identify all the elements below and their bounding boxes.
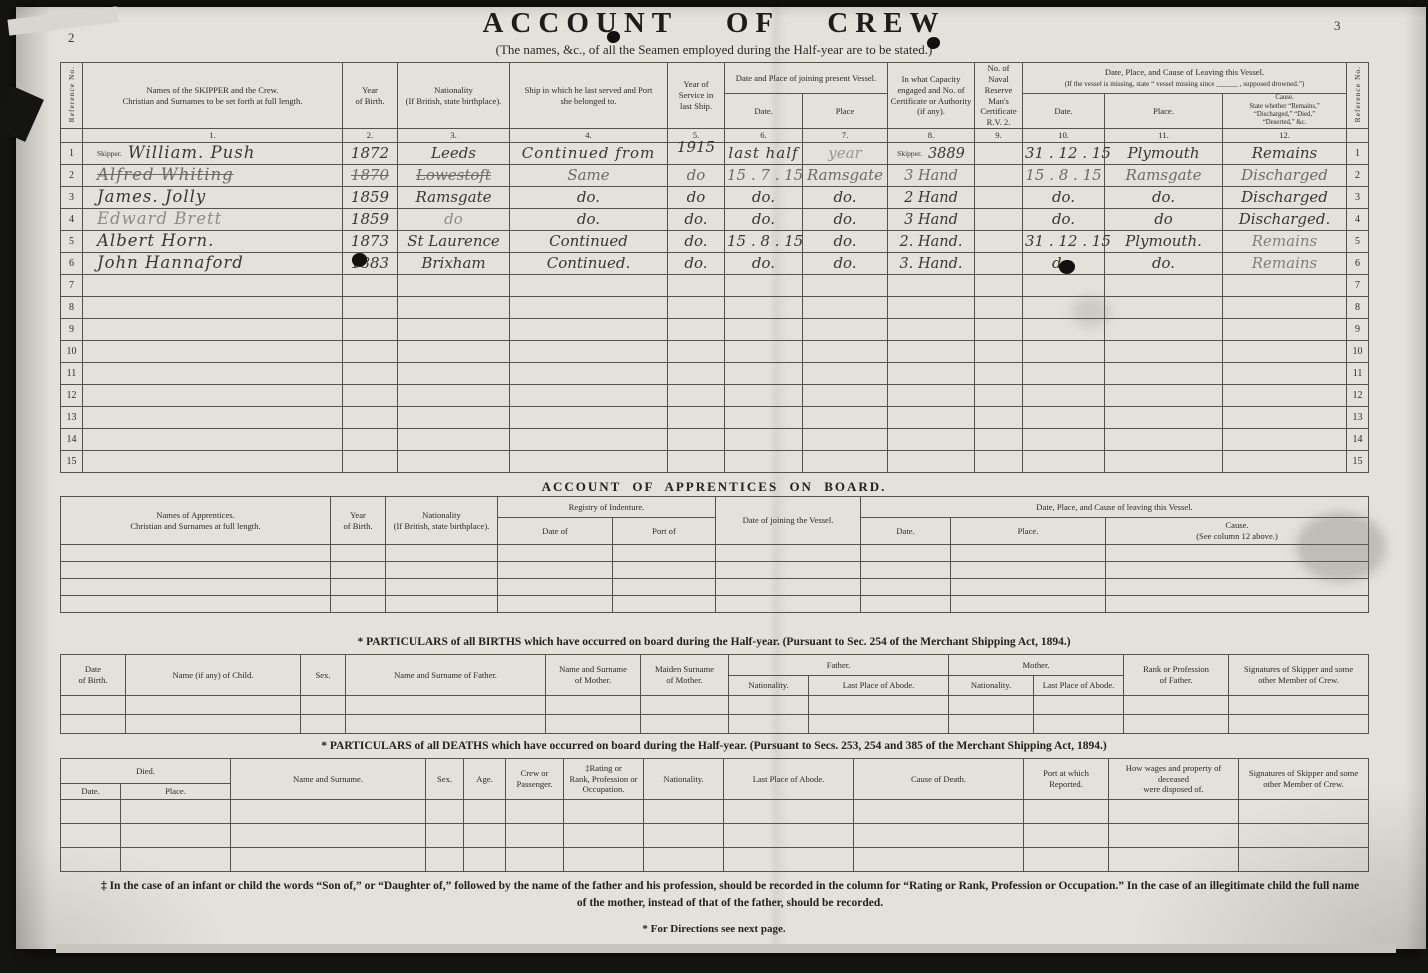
- empty-cell: [426, 800, 464, 824]
- died-date-header: Date.: [61, 784, 121, 800]
- crew-service-cell: [668, 275, 725, 297]
- empty-cell: [809, 696, 949, 715]
- leave-cause-header: Cause. State whether “Remains,” “Dischar…: [1223, 94, 1347, 129]
- apprentice-birth-header: Year of Birth.: [331, 497, 386, 545]
- crew-birth-cell: [343, 319, 398, 341]
- crew-capacity-cell: [888, 363, 975, 385]
- empty-cell: [1229, 715, 1369, 734]
- father-group-header: Father.: [729, 655, 949, 676]
- empty-cell: [498, 545, 613, 562]
- handwritten-entry: do.: [684, 210, 707, 228]
- crew-leave-place-cell: [1105, 407, 1223, 429]
- empty-cell: [951, 596, 1106, 613]
- crew-leave-date-cell: 15 . 8 . 15: [1023, 165, 1105, 187]
- handwritten-entry: 15 . 7 . 15: [727, 166, 803, 184]
- empty-cell: [464, 824, 506, 848]
- empty-cell: [1106, 596, 1369, 613]
- crew-nationality-cell: [398, 451, 510, 473]
- empty-cell: [126, 715, 301, 734]
- handwritten-entry: do.: [752, 210, 775, 228]
- crew-leave-place-cell: [1105, 297, 1223, 319]
- empty-row: [61, 824, 1369, 848]
- crew-cause-cell: Remains: [1223, 143, 1347, 165]
- crew-name-cell: John Hannaford: [83, 253, 343, 275]
- crew-ref-right: 15: [1347, 451, 1369, 473]
- crew-ref-right: 9: [1347, 319, 1369, 341]
- crew-birth-cell: 1859: [343, 209, 398, 231]
- child-name-header: Name (if any) of Child.: [126, 655, 301, 696]
- crew-name-cell: Edward Brett: [83, 209, 343, 231]
- crew-capacity-cell: 3. Hand.: [888, 253, 975, 275]
- crew-ship-cell: [510, 297, 668, 319]
- crew-join-place-cell: Ramsgate: [803, 165, 888, 187]
- crew-capacity-cell: [888, 451, 975, 473]
- crew-nationality-cell: [398, 363, 510, 385]
- handwritten-entry: do.: [833, 210, 856, 228]
- crew-service-cell: 1915: [668, 143, 725, 165]
- handwritten-entry: last half: [728, 144, 798, 162]
- crew-cause-cell: [1223, 429, 1347, 451]
- handwritten-entry: 15 . 8 . 15: [1025, 166, 1101, 184]
- crew-service-cell: [668, 297, 725, 319]
- registry-port-header: Port of: [613, 518, 716, 545]
- empty-cell: [861, 545, 951, 562]
- empty-row: [61, 562, 1369, 579]
- crew-nationality-cell: Leeds: [398, 143, 510, 165]
- crew-join-date-cell: last half: [725, 143, 803, 165]
- empty-cell: [949, 715, 1034, 734]
- handwritten-entry: do: [444, 210, 463, 228]
- col-number-8: 8.: [888, 129, 975, 143]
- crew-service-cell: [668, 341, 725, 363]
- capacity-header: In what Capacity engaged and No. of Cert…: [888, 63, 975, 129]
- handwritten-entry: William. Push: [128, 143, 256, 162]
- handwritten-entry: Continued.: [547, 254, 631, 272]
- crew-naval-cell: [975, 407, 1023, 429]
- crew-row: 1Skipper.William. Push1872LeedsContinued…: [61, 143, 1369, 165]
- crew-join-place-cell: [803, 319, 888, 341]
- births-section-title: * PARTICULARS of all BIRTHS which have o…: [60, 636, 1368, 648]
- handwritten-entry: John Hannaford: [97, 253, 244, 272]
- empty-cell: [331, 562, 386, 579]
- empty-cell: [1034, 696, 1124, 715]
- empty-cell: [61, 579, 331, 596]
- empty-cell: [231, 848, 426, 872]
- crew-leave-place-cell: [1105, 275, 1223, 297]
- crew-leave-date-cell: [1023, 407, 1105, 429]
- crew-service-cell: do.: [668, 231, 725, 253]
- crew-join-place-cell: do.: [803, 231, 888, 253]
- crew-nationality-cell: [398, 341, 510, 363]
- joining-group-header: Date and Place of joining present Vessel…: [725, 63, 888, 94]
- crew-cause-cell: [1223, 275, 1347, 297]
- empty-cell: [724, 848, 854, 872]
- handwritten-entry: Plymouth: [1128, 144, 1200, 162]
- empty-cell: [1229, 696, 1369, 715]
- apprentice-names-header: Names of Apprentices. Christian and Surn…: [61, 497, 331, 545]
- join-date-header: Date.: [725, 94, 803, 129]
- deceased-name-header: Name and Surname.: [231, 759, 426, 800]
- crew-capacity-cell: 3 Hand: [888, 209, 975, 231]
- crew-cause-cell: [1223, 319, 1347, 341]
- handwritten-entry: do: [687, 188, 706, 206]
- handwritten-entry: do.: [684, 232, 707, 250]
- empty-cell: [854, 800, 1024, 824]
- crew-birth-cell: 1859: [343, 187, 398, 209]
- empty-cell: [716, 545, 861, 562]
- empty-cell: [61, 545, 331, 562]
- handwritten-entry: do.: [577, 188, 600, 206]
- apprentices-table: Names of Apprentices. Christian and Surn…: [60, 496, 1369, 613]
- crew-cause-cell: Remains: [1223, 231, 1347, 253]
- crew-birth-cell: 1883: [343, 253, 398, 275]
- crew-leave-place-cell: Plymouth: [1105, 143, 1223, 165]
- crew-birth-cell: 1870: [343, 165, 398, 187]
- birth-sex-header: Sex.: [301, 655, 346, 696]
- apprentice-leave-place-header: Place.: [951, 518, 1106, 545]
- handwritten-entry: Plymouth.: [1125, 232, 1202, 250]
- handwritten-entry: do.: [1152, 254, 1175, 272]
- handwritten-entry: do.: [833, 188, 856, 206]
- crew-join-place-cell: [803, 297, 888, 319]
- crew-ref-right: 14: [1347, 429, 1369, 451]
- document-header: ACCOUNT OF CREW (The names, &c., of all …: [60, 7, 1368, 58]
- handwritten-entry: do.: [1152, 188, 1175, 206]
- crew-name-cell: [83, 319, 343, 341]
- crew-ref-right: 12: [1347, 385, 1369, 407]
- registry-group-header: Registry of Indenture.: [498, 497, 716, 518]
- empty-cell: [1106, 579, 1369, 596]
- crew-naval-cell: [975, 451, 1023, 473]
- handwritten-entry: James. Jolly: [97, 187, 206, 206]
- deaths-section-title: * PARTICULARS of all DEATHS which have o…: [60, 740, 1368, 752]
- empty-cell: [498, 562, 613, 579]
- nationality-header: Nationality (If British, state birthplac…: [398, 63, 510, 129]
- empty-cell: [724, 800, 854, 824]
- service-header: Year of Service in last Ship.: [668, 63, 725, 129]
- empty-cell: [386, 562, 498, 579]
- crew-name-cell: [83, 363, 343, 385]
- crew-ref-left: 6: [61, 253, 83, 275]
- handwritten-entry: Edward Brett: [97, 209, 222, 228]
- empty-cell: [1239, 800, 1369, 824]
- maiden-name-header: Maiden Surname of Mother.: [641, 655, 729, 696]
- crew-naval-cell: [975, 319, 1023, 341]
- handwritten-entry: 1859: [351, 188, 389, 206]
- crew-nationality-cell: Ramsgate: [398, 187, 510, 209]
- crew-service-cell: [668, 451, 725, 473]
- crew-leave-place-cell: [1105, 319, 1223, 341]
- empty-cell: [644, 800, 724, 824]
- handwritten-entry: Albert Horn.: [97, 231, 214, 250]
- crew-naval-cell: [975, 363, 1023, 385]
- handwritten-entry: Alfred Whiting: [97, 165, 234, 184]
- crew-service-cell: [668, 385, 725, 407]
- crew-nationality-cell: [398, 407, 510, 429]
- crew-ref-right: 13: [1347, 407, 1369, 429]
- crew-birth-cell: [343, 407, 398, 429]
- crew-leave-place-cell: Ramsgate: [1105, 165, 1223, 187]
- crew-service-cell: do.: [668, 253, 725, 275]
- crew-service-cell: do.: [668, 209, 725, 231]
- crew-cause-cell: Discharged: [1223, 187, 1347, 209]
- names-header: Names of the SKIPPER and the Crew. Chris…: [83, 63, 343, 129]
- crew-naval-cell: [975, 253, 1023, 275]
- empty-cell: [546, 715, 641, 734]
- crew-leave-place-cell: [1105, 363, 1223, 385]
- rating-header: ‡Rating or Rank, Profession or Occupatio…: [564, 759, 644, 800]
- crew-cause-cell: [1223, 363, 1347, 385]
- crew-join-date-cell: [725, 407, 803, 429]
- crew-ship-cell: [510, 451, 668, 473]
- handwritten-entry: 1872: [351, 144, 389, 162]
- empty-row: [61, 579, 1369, 596]
- empty-cell: [546, 696, 641, 715]
- empty-cell: [498, 579, 613, 596]
- empty-cell: [809, 715, 949, 734]
- crew-capacity-cell: 2 Hand: [888, 187, 975, 209]
- died-place-header: Place.: [121, 784, 231, 800]
- empty-cell: [564, 824, 644, 848]
- empty-cell: [1109, 800, 1239, 824]
- father-rank-header: Rank or Profession of Father.: [1124, 655, 1229, 696]
- wages-header: How wages and property of deceased were …: [1109, 759, 1239, 800]
- handwritten-entry: 15 . 8 . 15: [727, 232, 803, 250]
- page-corner-shadow: [0, 86, 44, 142]
- crew-name-cell: [83, 341, 343, 363]
- crew-naval-cell: [975, 275, 1023, 297]
- crew-join-place-cell: do.: [803, 187, 888, 209]
- crew-service-cell: [668, 407, 725, 429]
- crew-ref-left: 8: [61, 297, 83, 319]
- crew-ref-left: 1: [61, 143, 83, 165]
- empty-cell: [301, 715, 346, 734]
- handwritten-entry: do: [687, 166, 706, 184]
- crew-capacity-cell: [888, 429, 975, 451]
- empty-row: [61, 848, 1369, 872]
- crew-birth-cell: [343, 341, 398, 363]
- crew-ship-cell: [510, 385, 668, 407]
- empty-cell: [464, 800, 506, 824]
- empty-cell: [854, 848, 1024, 872]
- empty-cell: [613, 562, 716, 579]
- crew-row: 4Edward Brett1859dodo.do.do.do.3 Handdo.…: [61, 209, 1369, 231]
- crew-nationality-cell: [398, 429, 510, 451]
- crew-join-date-cell: 15 . 7 . 15: [725, 165, 803, 187]
- crew-join-date-cell: [725, 341, 803, 363]
- handwritten-entry: Ramsgate: [416, 188, 492, 206]
- crew-cause-cell: [1223, 451, 1347, 473]
- col-number-2: 2.: [343, 129, 398, 143]
- crew-capacity-cell: [888, 297, 975, 319]
- crew-ship-cell: [510, 319, 668, 341]
- crew-name-cell: [83, 275, 343, 297]
- col-number-12: 12.: [1223, 129, 1347, 143]
- empty-cell: [346, 696, 546, 715]
- handwritten-entry: Leeds: [431, 144, 476, 162]
- crew-cause-cell: [1223, 341, 1347, 363]
- empty-cell: [1109, 848, 1239, 872]
- crew-leave-date-cell: do.: [1023, 209, 1105, 231]
- col-number-6: 6.: [725, 129, 803, 143]
- col-number-3: 3.: [398, 129, 510, 143]
- handwritten-entry: 31 . 12 . 15: [1025, 232, 1111, 250]
- handwritten-entry: 3 Hand: [904, 168, 958, 184]
- handwritten-entry: 2 Hand: [904, 190, 958, 206]
- empty-cell: [498, 596, 613, 613]
- apprentices-section-title: ACCOUNT OF APPRENTICES ON BOARD.: [60, 479, 1368, 495]
- crew-ref-right: 10: [1347, 341, 1369, 363]
- handwritten-entry: do.: [752, 188, 775, 206]
- handwritten-entry: 3889: [928, 146, 965, 162]
- empty-row: [61, 715, 1369, 734]
- crew-ship-cell: [510, 363, 668, 385]
- crew-or-passenger-header: Crew or Passenger.: [506, 759, 564, 800]
- crew-service-cell: [668, 363, 725, 385]
- crew-row: 3James. Jolly1859Ramsgatedo.dodo.do.2 Ha…: [61, 187, 1369, 209]
- crew-birth-cell: 1873: [343, 231, 398, 253]
- crew-join-date-cell: 15 . 8 . 15: [725, 231, 803, 253]
- empty-cell: [951, 579, 1106, 596]
- crew-join-date-cell: [725, 297, 803, 319]
- col-number-11: 11.: [1105, 129, 1223, 143]
- crew-naval-cell: [975, 143, 1023, 165]
- registry-date-header: Date of: [498, 518, 613, 545]
- empty-cell: [121, 848, 231, 872]
- crew-ref-right: 11: [1347, 363, 1369, 385]
- crew-join-place-cell: [803, 429, 888, 451]
- crew-nationality-cell: Lowestoft: [398, 165, 510, 187]
- crew-naval-cell: [975, 187, 1023, 209]
- col-number-7: 7.: [803, 129, 888, 143]
- father-nationality-header: Nationality.: [729, 676, 809, 696]
- death-abode-header: Last Place of Abode.: [724, 759, 854, 800]
- crew-ship-cell: [510, 275, 668, 297]
- handwritten-entry: Remains: [1252, 232, 1318, 250]
- handwritten-entry: 1859: [351, 210, 389, 228]
- crew-cause-cell: [1223, 407, 1347, 429]
- empty-cell: [506, 848, 564, 872]
- empty-cell: [61, 715, 126, 734]
- empty-row: [61, 596, 1369, 613]
- crew-cause-cell: Remains: [1223, 253, 1347, 275]
- crew-row: 1313: [61, 407, 1369, 429]
- crew-capacity-cell: [888, 319, 975, 341]
- empty-cell: [61, 596, 331, 613]
- handwritten-entry: Same: [567, 166, 609, 184]
- cause-of-death-header: Cause of Death.: [854, 759, 1024, 800]
- empty-row: [61, 696, 1369, 715]
- empty-row: [61, 545, 1369, 562]
- leave-date-header: Date.: [1023, 94, 1105, 129]
- births-table: Date of Birth. Name (if any) of Child. S…: [60, 654, 1369, 734]
- crew-name-cell: [83, 385, 343, 407]
- empty-cell: [716, 596, 861, 613]
- crew-row: 1010: [61, 341, 1369, 363]
- crew-ref-left: 13: [61, 407, 83, 429]
- died-group-header: Died.: [61, 759, 231, 784]
- empty-cell: [1239, 824, 1369, 848]
- crew-join-date-cell: [725, 451, 803, 473]
- deaths-table: Died. Name and Surname. Sex. Age. Crew o…: [60, 758, 1369, 872]
- empty-cell: [231, 824, 426, 848]
- crew-leave-date-cell: [1023, 451, 1105, 473]
- handwritten-entry: 3 Hand: [904, 212, 958, 228]
- empty-cell: [506, 824, 564, 848]
- page-subtitle: (The names, &c., of all the Seamen emplo…: [60, 42, 1368, 58]
- leave-place-header: Place.: [1105, 94, 1223, 129]
- empty-cell: [951, 545, 1106, 562]
- crew-ref-right: 3: [1347, 187, 1369, 209]
- empty-cell: [716, 579, 861, 596]
- skipper-printed-label: Skipper.: [97, 149, 122, 158]
- crew-ship-cell: [510, 407, 668, 429]
- crew-nationality-cell: [398, 275, 510, 297]
- crew-row: 77: [61, 275, 1369, 297]
- crew-ref-right: 4: [1347, 209, 1369, 231]
- handwritten-entry: Discharged: [1241, 188, 1328, 206]
- handwritten-entry: do.: [684, 254, 707, 272]
- col-number-4: 4.: [510, 129, 668, 143]
- crew-join-date-cell: do.: [725, 253, 803, 275]
- empty-cell: [126, 696, 301, 715]
- crew-naval-cell: [975, 341, 1023, 363]
- crew-cause-cell: Discharged.: [1223, 209, 1347, 231]
- empty-cell: [861, 562, 951, 579]
- crew-name-cell: Alfred Whiting: [83, 165, 343, 187]
- mother-abode-header: Last Place of Abode.: [1034, 676, 1124, 696]
- birth-date-header: Date of Birth.: [61, 655, 126, 696]
- empty-cell: [1239, 848, 1369, 872]
- empty-cell: [613, 579, 716, 596]
- crew-ref-right: 1: [1347, 143, 1369, 165]
- empty-cell: [716, 562, 861, 579]
- col-number-10: 10.: [1023, 129, 1105, 143]
- crew-leave-date-cell: [1023, 341, 1105, 363]
- handwritten-entry: do: [1154, 210, 1173, 228]
- crew-ship-cell: do.: [510, 187, 668, 209]
- empty-cell: [1024, 848, 1109, 872]
- crew-cause-cell: Discharged: [1223, 165, 1347, 187]
- crew-join-place-cell: [803, 385, 888, 407]
- crew-join-date-cell: [725, 319, 803, 341]
- infant-footnote: ‡ In the case of an infant or child the …: [100, 878, 1360, 913]
- empty-cell: [464, 848, 506, 872]
- crew-join-place-cell: [803, 275, 888, 297]
- crew-name-cell: James. Jolly: [83, 187, 343, 209]
- crew-cause-cell: [1223, 297, 1347, 319]
- empty-cell: [386, 579, 498, 596]
- crew-capacity-cell: [888, 275, 975, 297]
- crew-ref-left: 7: [61, 275, 83, 297]
- ship-header: Ship in which he last served and Port sh…: [510, 63, 668, 129]
- death-sex-header: Sex.: [426, 759, 464, 800]
- crew-join-date-cell: [725, 385, 803, 407]
- empty-cell: [1109, 824, 1239, 848]
- father-abode-header: Last Place of Abode.: [809, 676, 949, 696]
- crew-join-place-cell: [803, 363, 888, 385]
- col-number-9: 9.: [975, 129, 1023, 143]
- handwritten-entry: Lowestoft: [416, 166, 491, 184]
- crew-join-date-cell: [725, 429, 803, 451]
- handwritten-entry: Ramsgate: [807, 166, 883, 184]
- crew-ref-left: 12: [61, 385, 83, 407]
- empty-cell: [1034, 715, 1124, 734]
- crew-service-cell: do: [668, 165, 725, 187]
- smudge-stain: [1296, 512, 1386, 582]
- handwritten-entry: Remains: [1252, 254, 1318, 272]
- apprentice-leave-date-header: Date.: [861, 518, 951, 545]
